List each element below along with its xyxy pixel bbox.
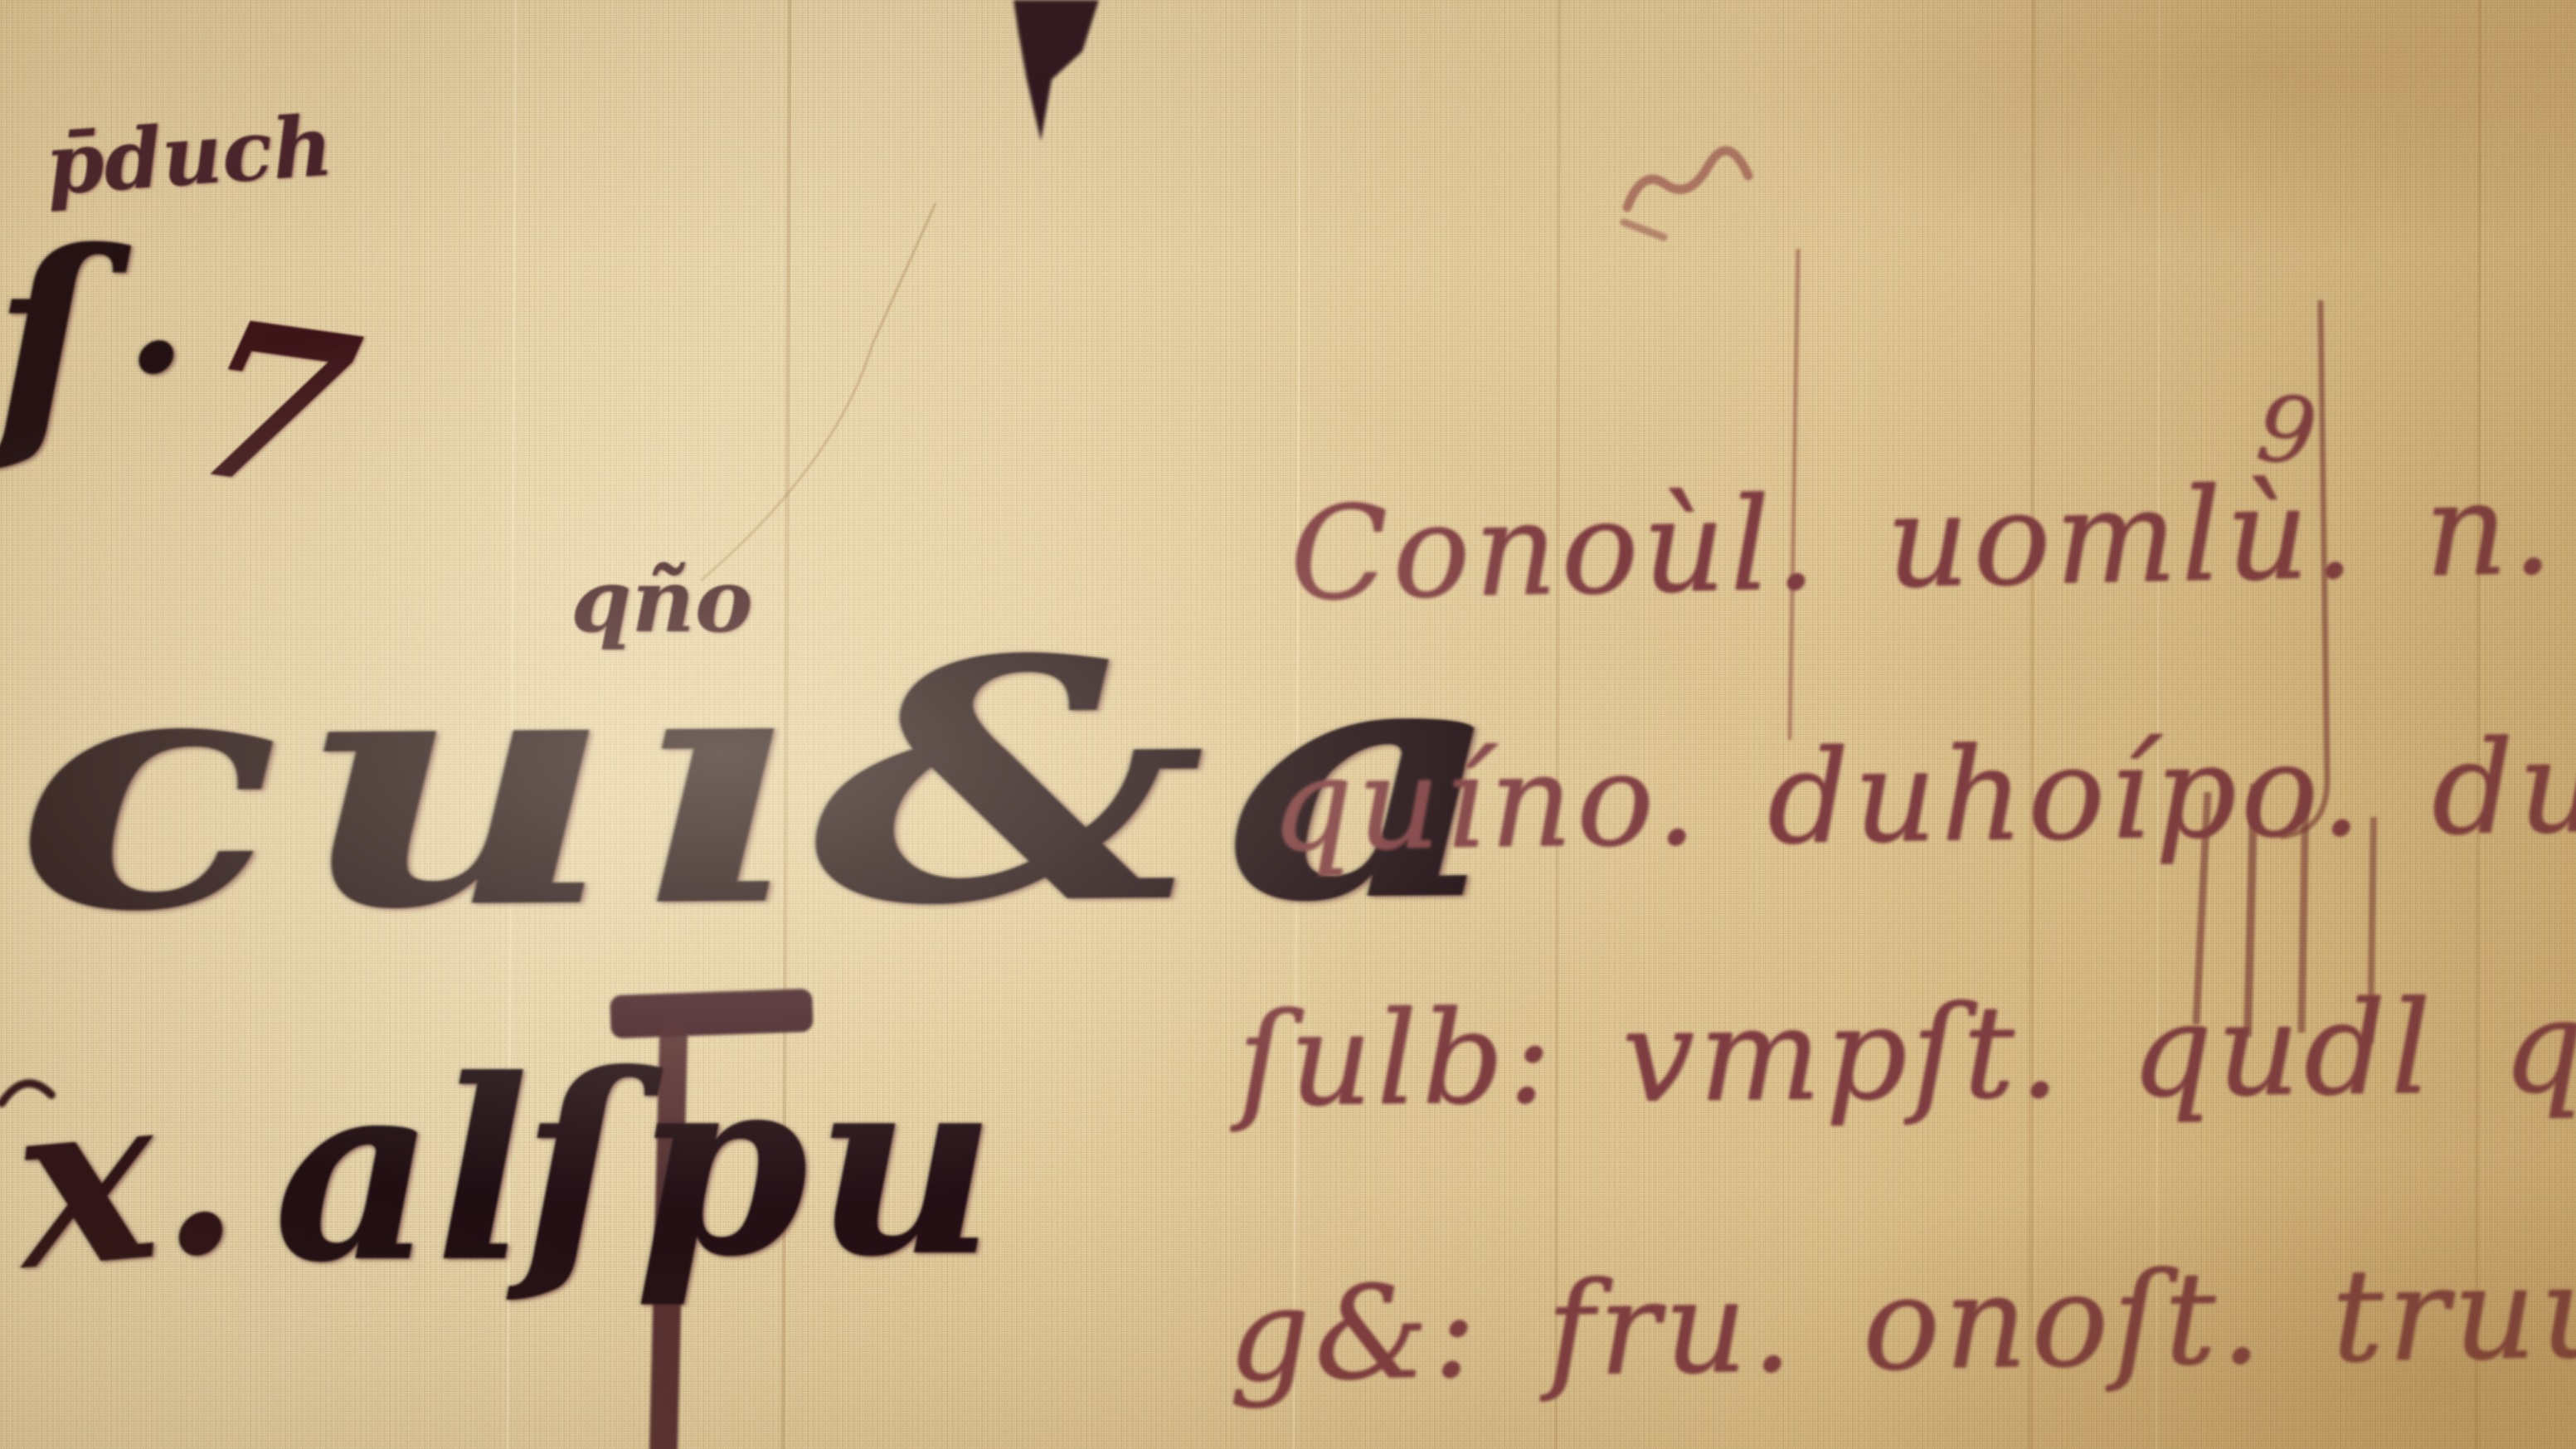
text-line-2: quíno. duhoípo. dup (1270, 710, 2576, 880)
superscript-mark: 9 (2253, 374, 2326, 486)
top-left-gloss: p̄duch (42, 96, 336, 214)
text-line-3: ſulb: vmpſt. qudl quln (1237, 969, 2576, 1135)
bottom-fragment-spu: ſpu (521, 1019, 1003, 1311)
paraph-f-glyph: ſ (0, 199, 97, 481)
ink-blot (1013, 0, 1099, 141)
manuscript-page: p̄duch ſ · 7 qño cuı&a x. al ſpu Conoùl.… (0, 0, 2576, 1449)
paraph-dot: · (124, 249, 188, 464)
pen-trial-zigzag (1624, 151, 1748, 237)
paraph-seven-glyph: 7 (168, 273, 377, 541)
text-line-1: Conoùl. uomlù. n. p (1288, 450, 2576, 630)
crease-line (701, 203, 936, 581)
bottom-fragment-x: x. (5, 1032, 247, 1323)
bottom-fragment-al: al (274, 1024, 529, 1317)
text-line-4: g&: fru. onoſt. truu (1227, 1236, 2576, 1410)
